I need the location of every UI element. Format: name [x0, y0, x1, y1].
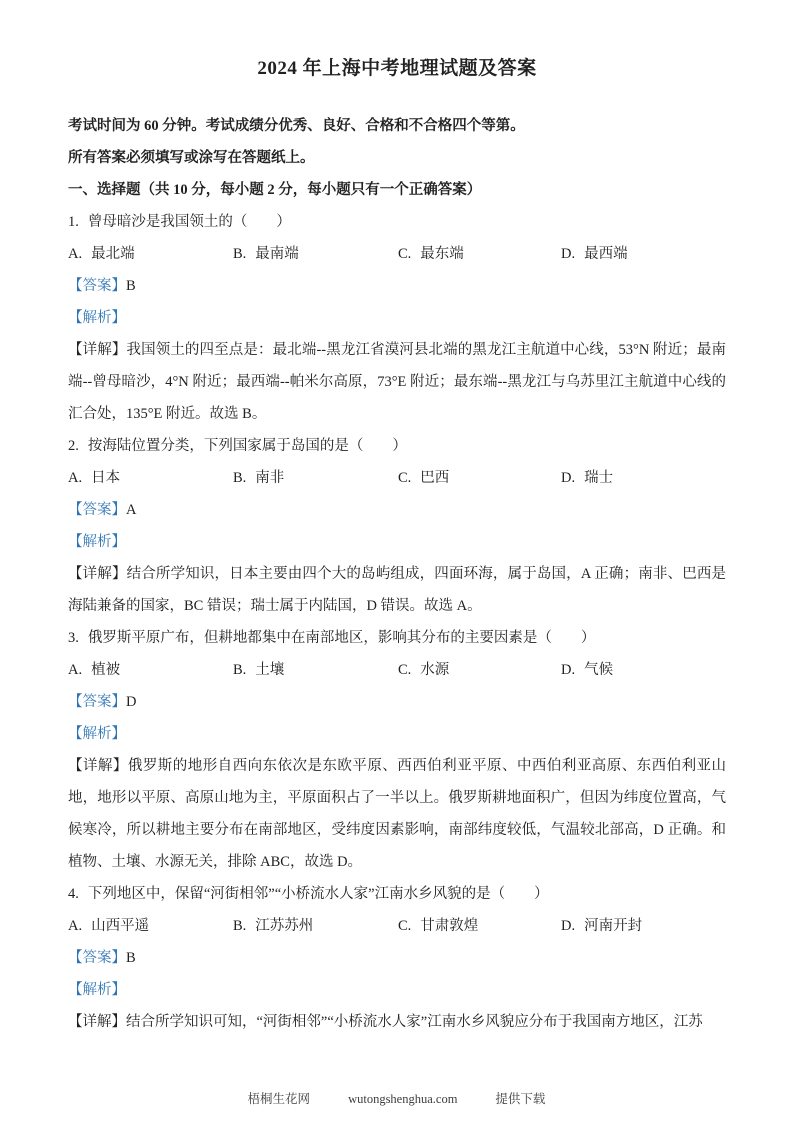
question-block: 4.下列地区中，保留“河街相邻”“小桥流水人家”江南水乡风貌的是（ ） A.山西… — [68, 878, 726, 1038]
analysis-line: 【解析】 — [68, 526, 726, 558]
option-C: C.最东端 — [398, 238, 561, 270]
footer-download-text: 提供下载 — [495, 1090, 545, 1108]
answer-label: 【答案】 — [68, 278, 126, 294]
option-key: C. — [398, 470, 411, 486]
option-text: 最东端 — [420, 246, 464, 262]
detail-line: 【详解】我国领土的四至点是：最北端--黑龙江省漠河县北端的黑龙江主航道中心线，5… — [68, 334, 726, 430]
options-row: A.植被B.土壤C.水源D.气候 — [68, 654, 726, 686]
option-key: D. — [561, 662, 575, 678]
option-key: B. — [233, 918, 246, 934]
answer-line: 【答案】B — [68, 270, 726, 302]
option-text: 江苏苏州 — [255, 918, 313, 934]
question-stem: 3.俄罗斯平原广布，但耕地都集中在南部地区，影响其分布的主要因素是（ ） — [68, 622, 726, 654]
question-number: 2. — [68, 438, 79, 454]
option-D: D.河南开封 — [561, 910, 726, 942]
option-C: C.水源 — [398, 654, 561, 686]
answer-line: 【答案】A — [68, 494, 726, 526]
answer-value: B — [126, 278, 136, 294]
analysis-label: 【解析】 — [68, 726, 126, 742]
option-key: B. — [233, 470, 246, 486]
option-text: 土壤 — [255, 662, 284, 678]
document-page: 2024 年上海中考地理试题及答案 考试时间为 60 分钟。考试成绩分优秀、良好… — [0, 0, 793, 1122]
detail-label: 【详解】 — [68, 342, 126, 358]
option-A: A.植被 — [68, 654, 233, 686]
question-stem: 2.按海陆位置分类，下列国家属于岛国的是（ ） — [68, 430, 726, 462]
question-text: 俄罗斯平原广布，但耕地都集中在南部地区，影响其分布的主要因素是（ ） — [88, 630, 596, 646]
detail-line: 【详解】俄罗斯的地形自西向东依次是东欧平原、西西伯利亚平原、中西伯利亚高原、东西… — [68, 750, 726, 878]
answer-value: D — [126, 694, 136, 710]
exam-notice-time: 考试时间为 60 分钟。考试成绩分优秀、良好、合格和不合格四个等第。 — [68, 110, 726, 142]
question-text: 按海陆位置分类，下列国家属于岛国的是（ ） — [88, 438, 407, 454]
analysis-line: 【解析】 — [68, 302, 726, 334]
detail-line: 【详解】结合所学知识可知，“河街相邻”“小桥流水人家”江南水乡风貌应分布于我国南… — [68, 1006, 726, 1038]
detail-text: 我国领土的四至点是：最北端--黑龙江省漠河县北端的黑龙江主航道中心线，53°N … — [68, 342, 726, 422]
question-block: 1.曾母暗沙是我国领土的（ ） A.最北端B.最南端C.最东端D.最西端 【答案… — [68, 206, 726, 430]
question-block: 2.按海陆位置分类，下列国家属于岛国的是（ ） A.日本B.南非C.巴西D.瑞士… — [68, 430, 726, 622]
analysis-line: 【解析】 — [68, 974, 726, 1006]
question-number: 3. — [68, 630, 79, 646]
option-text: 最北端 — [91, 246, 135, 262]
detail-label: 【详解】 — [68, 1014, 126, 1030]
option-key: D. — [561, 918, 575, 934]
option-text: 水源 — [420, 662, 449, 678]
option-text: 最西端 — [584, 246, 628, 262]
question-block: 3.俄罗斯平原广布，但耕地都集中在南部地区，影响其分布的主要因素是（ ） A.植… — [68, 622, 726, 878]
options-row: A.山西平遥B.江苏苏州C.甘肃敦煌D.河南开封 — [68, 910, 726, 942]
option-key: B. — [233, 246, 246, 262]
option-key: A. — [68, 662, 82, 678]
detail-label: 【详解】 — [68, 566, 127, 582]
options-row: A.日本B.南非C.巴西D.瑞士 — [68, 462, 726, 494]
detail-line: 【详解】结合所学知识，日本主要由四个大的岛屿组成，四面环海，属于岛国，A 正确；… — [68, 558, 726, 622]
option-D: D.最西端 — [561, 238, 726, 270]
option-B: B.土壤 — [233, 654, 398, 686]
answer-label: 【答案】 — [68, 502, 126, 518]
answer-value: B — [126, 950, 136, 966]
option-key: A. — [68, 470, 82, 486]
option-A: A.最北端 — [68, 238, 233, 270]
option-text: 甘肃敦煌 — [420, 918, 478, 934]
answer-label: 【答案】 — [68, 950, 126, 966]
option-text: 气候 — [584, 662, 613, 678]
option-text: 巴西 — [420, 470, 449, 486]
detail-label: 【详解】 — [68, 758, 128, 774]
option-text: 河南开封 — [584, 918, 642, 934]
question-text: 下列地区中，保留“河街相邻”“小桥流水人家”江南水乡风貌的是（ ） — [88, 886, 549, 902]
footer-site-name: 梧桐生花网 — [248, 1090, 311, 1108]
answer-line: 【答案】B — [68, 942, 726, 974]
footer-site-url[interactable]: wutongshenghua.com — [348, 1090, 457, 1108]
analysis-label: 【解析】 — [68, 982, 126, 998]
option-key: A. — [68, 246, 82, 262]
option-text: 瑞士 — [584, 470, 613, 486]
option-text: 最南端 — [255, 246, 299, 262]
detail-text: 结合所学知识可知，“河街相邻”“小桥流水人家”江南水乡风貌应分布于我国南方地区，… — [126, 1014, 703, 1030]
page-footer: 梧桐生花网 wutongshenghua.com 提供下载 — [0, 1090, 793, 1108]
analysis-label: 【解析】 — [68, 534, 126, 550]
question-number: 1. — [68, 214, 79, 230]
options-row: A.最北端B.最南端C.最东端D.最西端 — [68, 238, 726, 270]
answer-line: 【答案】D — [68, 686, 726, 718]
option-C: C.巴西 — [398, 462, 561, 494]
option-text: 植被 — [91, 662, 120, 678]
option-B: B.最南端 — [233, 238, 398, 270]
detail-text: 结合所学知识，日本主要由四个大的岛屿组成，四面环海，属于岛国，A 正确；南非、巴… — [68, 566, 726, 614]
option-text: 日本 — [91, 470, 120, 486]
answer-label: 【答案】 — [68, 694, 126, 710]
question-number: 4. — [68, 886, 79, 902]
exam-notice-answer-sheet: 所有答案必须填写或涂写在答题纸上。 — [68, 142, 726, 174]
question-stem: 1.曾母暗沙是我国领土的（ ） — [68, 206, 726, 238]
option-key: B. — [233, 662, 246, 678]
option-A: A.日本 — [68, 462, 233, 494]
option-key: C. — [398, 662, 411, 678]
analysis-label: 【解析】 — [68, 310, 126, 326]
analysis-line: 【解析】 — [68, 718, 726, 750]
option-C: C.甘肃敦煌 — [398, 910, 561, 942]
question-stem: 4.下列地区中，保留“河街相邻”“小桥流水人家”江南水乡风貌的是（ ） — [68, 878, 726, 910]
option-key: C. — [398, 246, 411, 262]
option-text: 南非 — [255, 470, 284, 486]
option-key: D. — [561, 246, 575, 262]
option-text: 山西平遥 — [91, 918, 149, 934]
option-key: A. — [68, 918, 82, 934]
option-key: C. — [398, 918, 411, 934]
answer-value: A — [126, 502, 136, 518]
option-D: D.气候 — [561, 654, 726, 686]
page-title: 2024 年上海中考地理试题及答案 — [68, 52, 726, 86]
option-A: A.山西平遥 — [68, 910, 233, 942]
question-text: 曾母暗沙是我国领土的（ ） — [88, 214, 291, 230]
option-B: B.江苏苏州 — [233, 910, 398, 942]
questions-list: 1.曾母暗沙是我国领土的（ ） A.最北端B.最南端C.最东端D.最西端 【答案… — [68, 206, 726, 1038]
detail-text: 俄罗斯的地形自西向东依次是东欧平原、西西伯利亚平原、中西伯利亚高原、东西伯利亚山… — [68, 758, 726, 870]
option-B: B.南非 — [233, 462, 398, 494]
option-key: D. — [561, 470, 575, 486]
option-D: D.瑞士 — [561, 462, 726, 494]
section-heading: 一、选择题（共 10 分，每小题 2 分，每小题只有一个正确答案） — [68, 174, 726, 206]
